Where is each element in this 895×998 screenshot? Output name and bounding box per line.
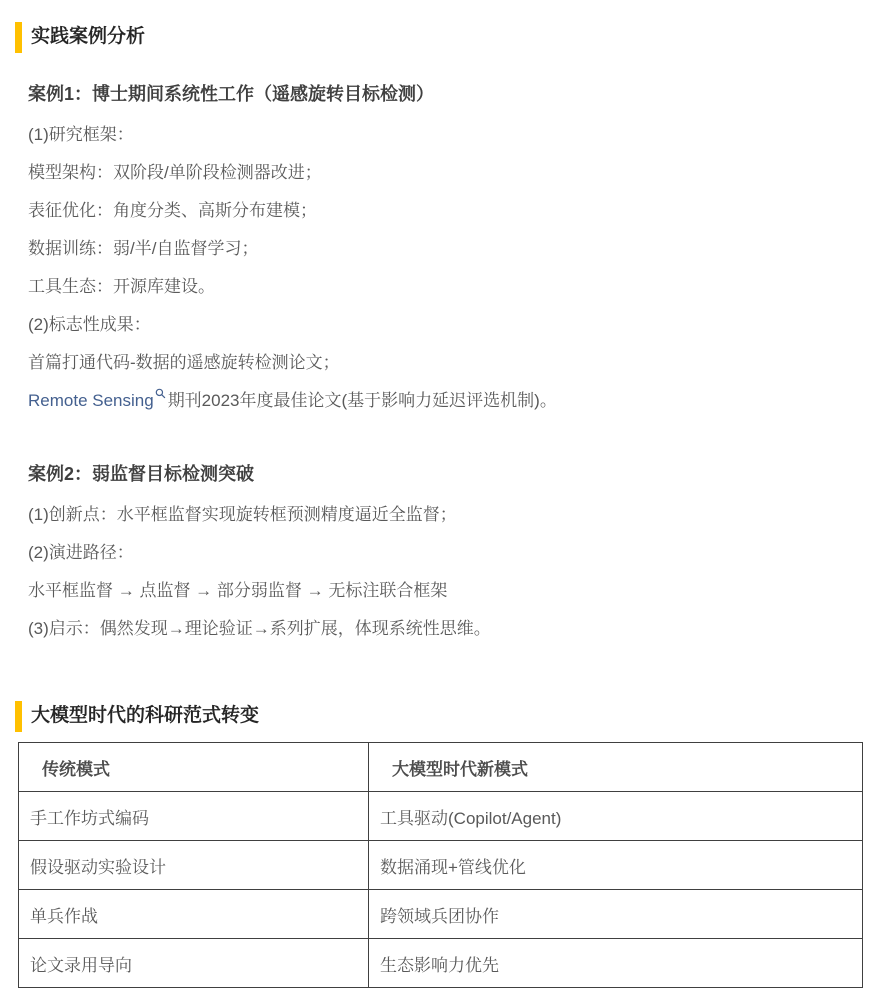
case2-heading: 案例2：弱监督目标检测突破 [28,460,880,488]
table-row: 假设驱动实验设计 数据涌现+管线优化 [19,841,863,890]
table-cell: 生态影响力优先 [369,939,863,988]
table-cell: 假设驱动实验设计 [19,841,369,890]
accent-bar [15,22,22,53]
accent-bar [15,701,22,732]
table-cell: 论文录用导向 [19,939,369,988]
table-row: 手工作坊式编码 工具驱动(Copilot/Agent) [19,792,863,841]
paragraph-line: (1)创新点：水平框监督实现旋转框预测精度逼近全监督； [28,496,880,534]
paragraph-line-rest: 期刊2023年度最佳论文(基于影响力延迟评选机制)。 [168,391,557,410]
section-title-paradigm: 大模型时代的科研范式转变 [15,700,880,732]
table-cell: 单兵作战 [19,890,369,939]
search-icon [155,388,166,399]
section-title-text: 大模型时代的科研范式转变 [31,700,259,732]
paragraph-line: (2)标志性成果： [28,306,880,344]
paragraph-line: 数据训练：弱/半/自监督学习； [28,230,880,268]
table-header-cell: 传统模式 [19,743,369,792]
paragraph-line: 表征优化：角度分类、高斯分布建模； [28,192,880,230]
table-row: 单兵作战 跨领域兵团协作 [19,890,863,939]
section-title-text: 实践案例分析 [31,21,145,53]
paragraph-line: 水平框监督 → 点监督 → 部分弱监督 → 无标注联合框架 [28,572,880,610]
remote-sensing-link[interactable]: Remote Sensing [28,391,154,410]
paragraph-line: 首篇打通代码-数据的遥感旋转检测论文； [28,344,880,382]
paragraph-line: 模型架构：双阶段/单阶段检测器改进； [28,154,880,192]
section-title-practice: 实践案例分析 [15,21,880,53]
table-row: 论文录用导向 生态影响力优先 [19,939,863,988]
paradigm-table: 传统模式 大模型时代新模式 手工作坊式编码 工具驱动(Copilot/Agent… [18,742,863,988]
case2-body: (1)创新点：水平框监督实现旋转框预测精度逼近全监督； (2)演进路径： 水平框… [28,496,880,648]
table-header-row: 传统模式 大模型时代新模式 [19,743,863,792]
table-cell: 手工作坊式编码 [19,792,369,841]
table-cell: 跨领域兵团协作 [369,890,863,939]
paragraph-line: (1)研究框架： [28,116,880,154]
paragraph-line-with-link: Remote Sensing期刊2023年度最佳论文(基于影响力延迟评选机制)。 [28,382,880,420]
paragraph-line: (2)演进路径： [28,534,880,572]
table-cell: 数据涌现+管线优化 [369,841,863,890]
table-header-cell: 大模型时代新模式 [369,743,863,792]
table-cell: 工具驱动(Copilot/Agent) [369,792,863,841]
document-page: 实践案例分析 案例1：博士期间系统性工作（遥感旋转目标检测） (1)研究框架： … [0,0,895,998]
case1-body: (1)研究框架： 模型架构：双阶段/单阶段检测器改进； 表征优化：角度分类、高斯… [28,116,880,420]
paragraph-line: 工具生态：开源库建设。 [28,268,880,306]
paragraph-line: (3)启示：偶然发现→理论验证→系列扩展，体现系统性思维。 [28,610,880,648]
case1-heading: 案例1：博士期间系统性工作（遥感旋转目标检测） [28,80,880,108]
